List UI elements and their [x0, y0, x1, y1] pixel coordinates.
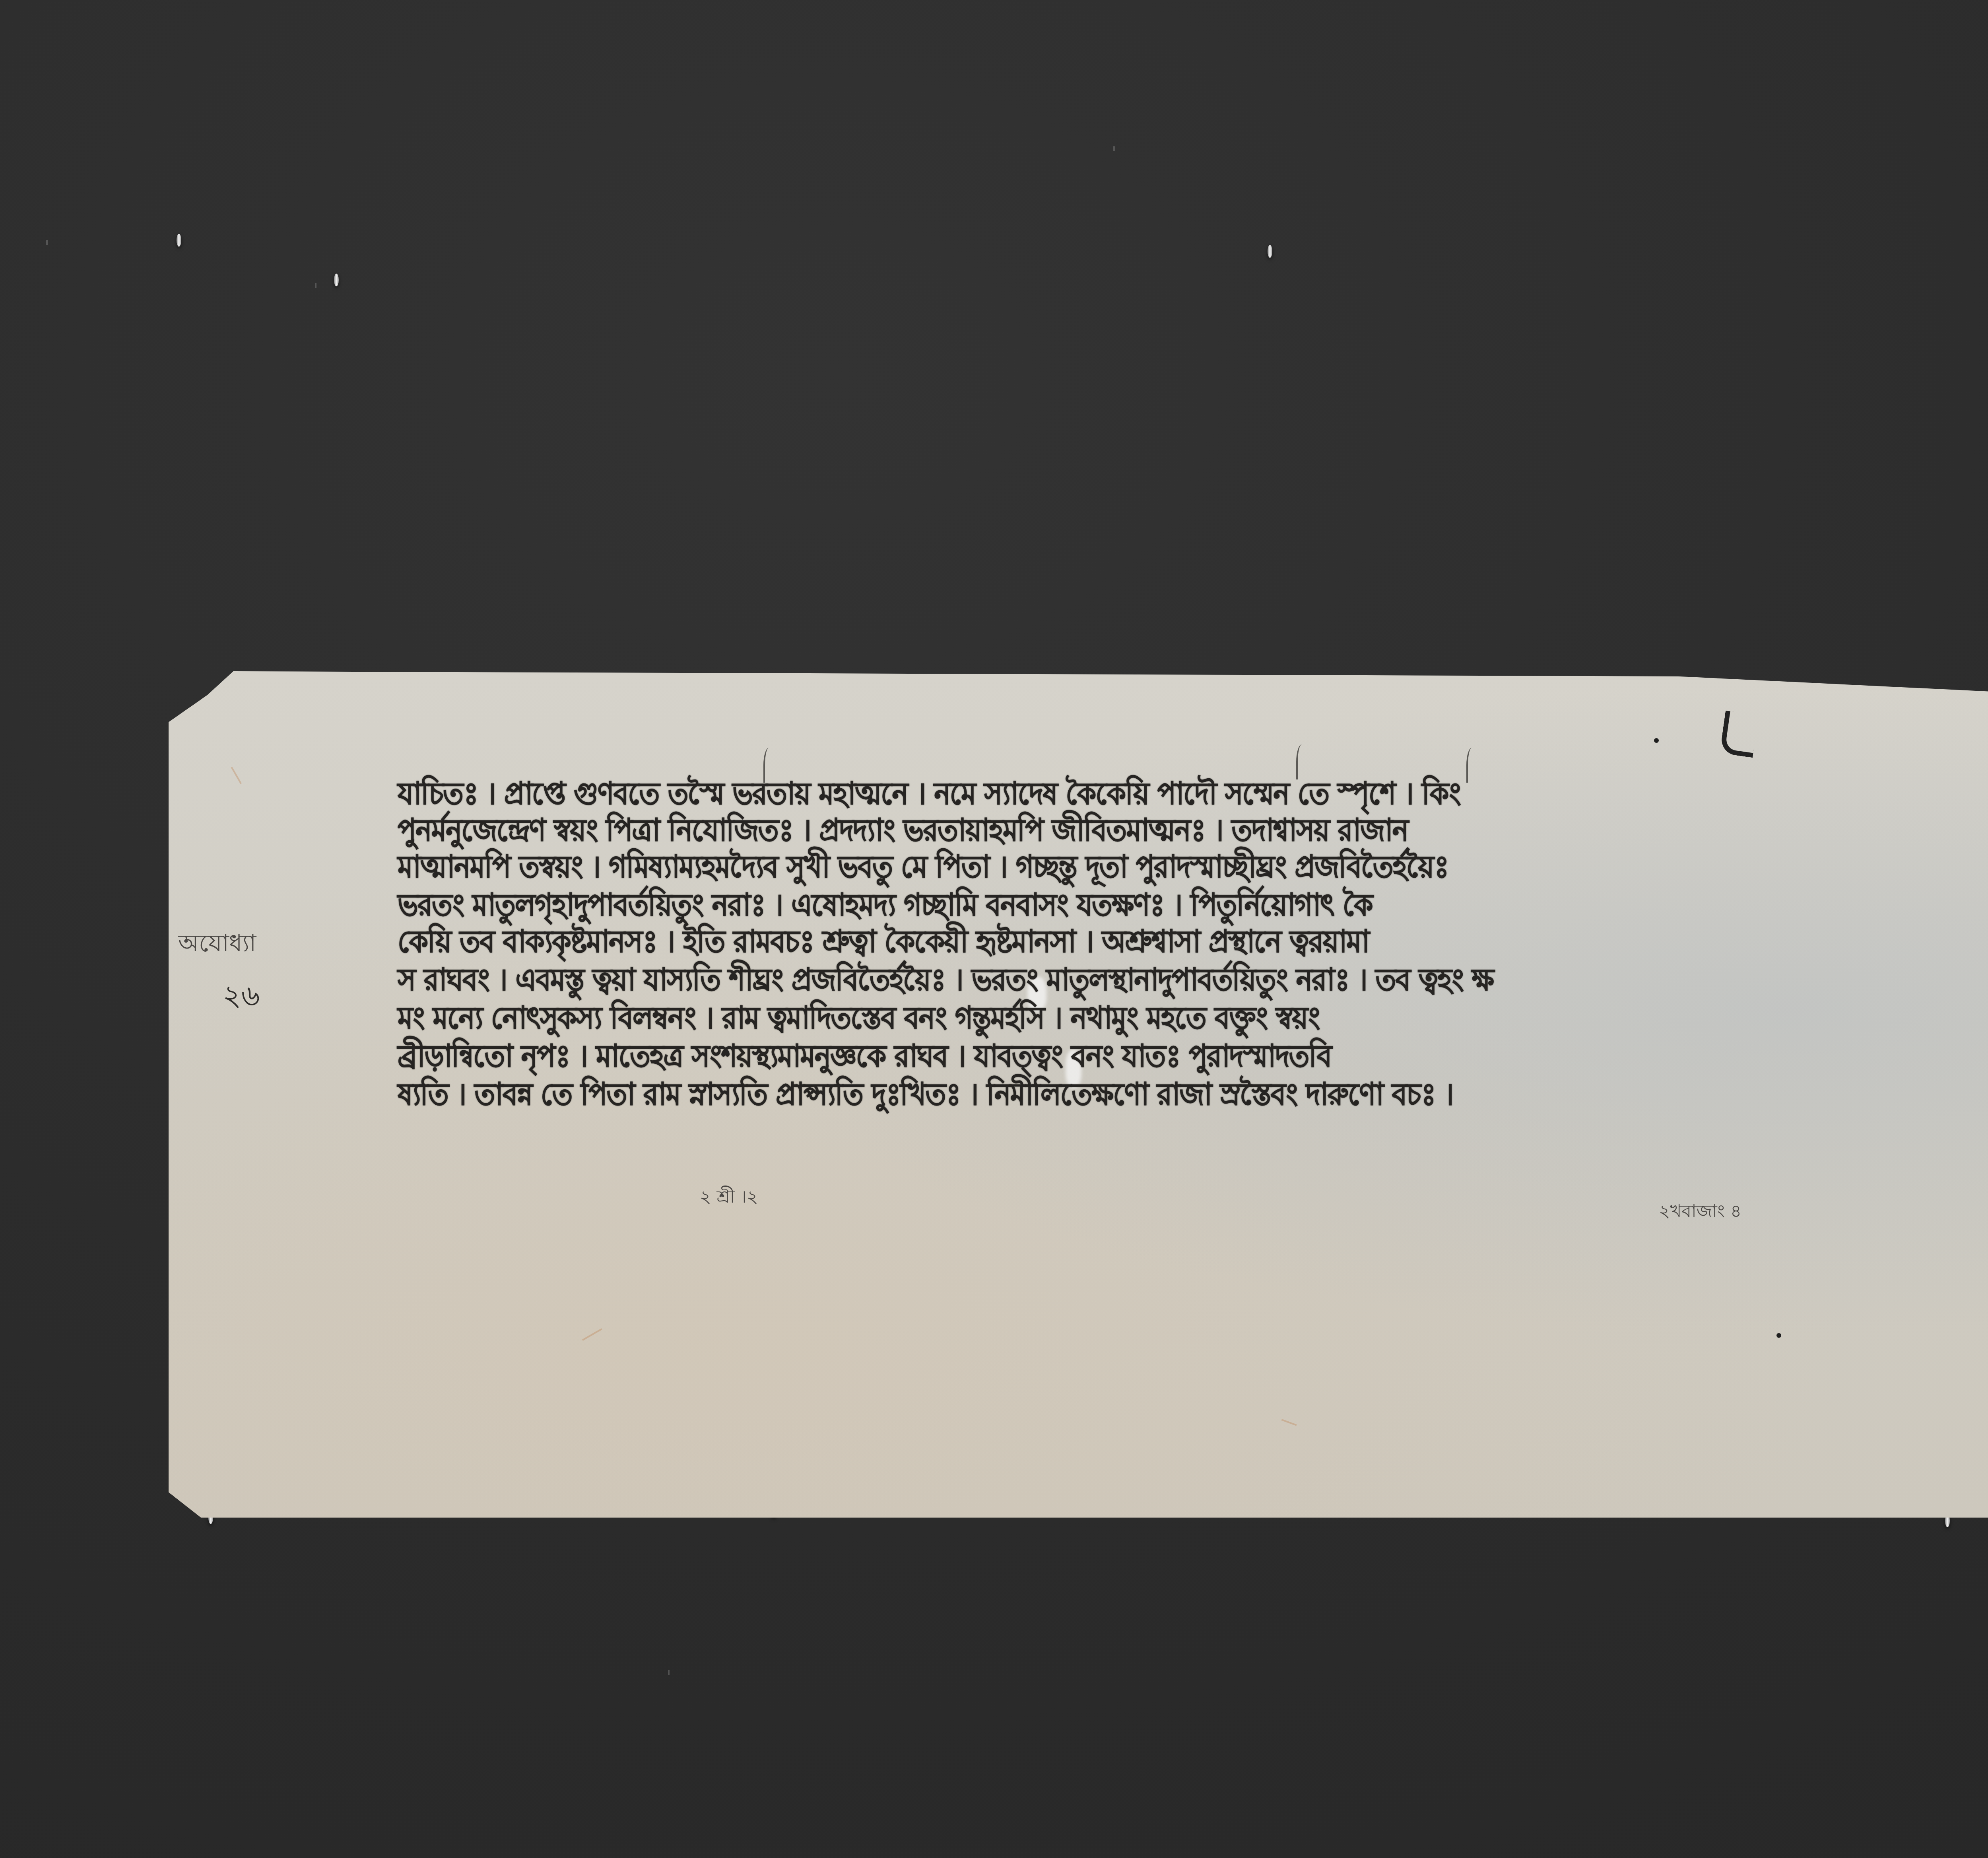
- photo-stage: যাচিতঃ । প্রাপ্তে গুণবতে তস্মৈ ভরতায় মহ…: [0, 0, 1988, 1858]
- ascender-stroke: [1466, 748, 1477, 783]
- left-margin-title: অযোধ্যা: [178, 926, 256, 966]
- background-speck: [1113, 146, 1115, 151]
- background-speck: [668, 1670, 670, 1675]
- bottom-note-left: ২ শ্রী ।২: [700, 1184, 758, 1214]
- mounting-pin: [177, 234, 181, 247]
- bottom-note-right: ২খবাজাং ৪: [1659, 1198, 1741, 1228]
- left-margin-number: ২৬: [223, 974, 260, 1023]
- ink-dot: [1776, 1333, 1781, 1338]
- paper-fiber: [1281, 1419, 1297, 1426]
- paper-fiber: [582, 1328, 602, 1341]
- mounting-pin: [334, 274, 339, 286]
- paper-fiber: [231, 767, 242, 784]
- ink-dot: [1654, 738, 1659, 743]
- text-line-9: ষ্যতি । তাবন্ন তে পিতা রাম স্নাস্যতি প্র…: [398, 1073, 1453, 1124]
- background-speck: [315, 283, 316, 288]
- background-speck: [46, 240, 48, 245]
- mounting-pin: [1268, 245, 1272, 258]
